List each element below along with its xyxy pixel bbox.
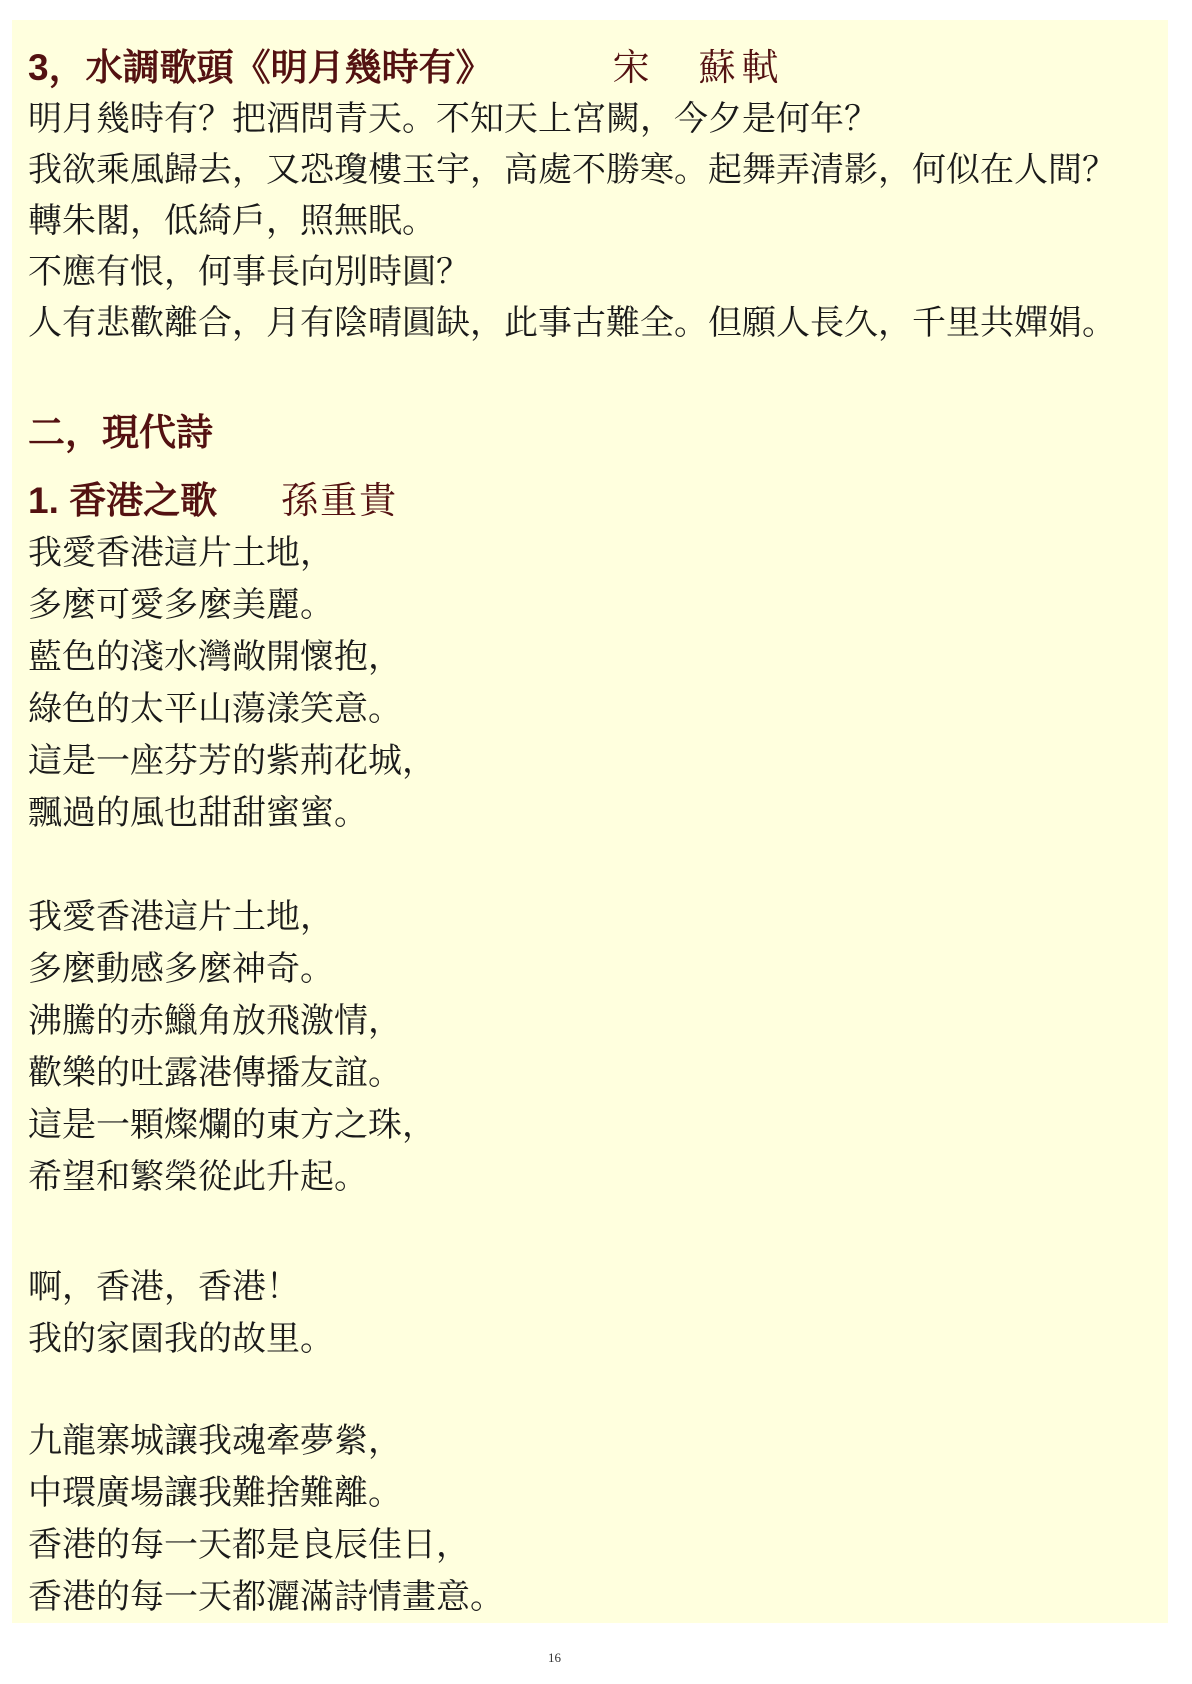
- poem-line: 中環廣場讓我難捨難離。: [28, 1467, 1150, 1519]
- poem-line: 我的家園我的故里。: [28, 1313, 1150, 1365]
- poem-line: 明月幾時有？把酒問青天。不知天上宮闕，今夕是何年？: [28, 94, 1150, 145]
- modern-poem-author: 孫重貴: [281, 480, 398, 521]
- modern-section-heading: 二，現代詩: [28, 407, 1150, 459]
- modern-poem-title: 1. 香港之歌: [28, 480, 217, 521]
- poem-stanza: 我愛香港這片土地， 多麼可愛多麼美麗。 藍色的淺水灣敞開懷抱， 綠色的太平山蕩漾…: [28, 527, 1150, 839]
- poem-line: 希望和繁榮從此升起。: [28, 1151, 1150, 1203]
- poem-line: 我愛香港這片土地，: [28, 891, 1150, 943]
- poem-stanza: 啊，香港，香港！ 我的家園我的故里。: [28, 1261, 1150, 1365]
- poem-line: 飄過的風也甜甜蜜蜜。: [28, 787, 1150, 839]
- poem-line: 九龍寨城讓我魂牽夢縈，: [28, 1415, 1150, 1467]
- poem-line: 沸騰的赤鱲角放飛激情，: [28, 995, 1150, 1047]
- poem-line: 歡樂的吐露港傳播友誼。: [28, 1047, 1150, 1099]
- classical-heading-row: 3，水調歌頭《明月幾時有》宋 蘇軾: [28, 42, 1150, 94]
- classical-poem-body: 明月幾時有？把酒問青天。不知天上宮闕，今夕是何年？ 我欲乘風歸去，又恐瓊樓玉宇，…: [28, 94, 1150, 349]
- poem-line: 多麼動感多麼神奇。: [28, 943, 1150, 995]
- poem-line: 香港的每一天都灑滿詩情畫意。: [28, 1571, 1150, 1623]
- poem-line: 多麼可愛多麼美麗。: [28, 579, 1150, 631]
- poem-line: 綠色的太平山蕩漾笑意。: [28, 683, 1150, 735]
- poem-line: 這是一顆燦爛的東方之珠，: [28, 1099, 1150, 1151]
- poem-stanza: 我愛香港這片土地， 多麼動感多麼神奇。 沸騰的赤鱲角放飛激情， 歡樂的吐露港傳播…: [28, 891, 1150, 1203]
- page-number: 16: [548, 1650, 561, 1666]
- poem-line: 啊，香港，香港！: [28, 1261, 1150, 1313]
- content-panel: 3，水調歌頭《明月幾時有》宋 蘇軾 明月幾時有？把酒問青天。不知天上宮闕，今夕是…: [12, 20, 1168, 1623]
- poem-line: 我欲乘風歸去，又恐瓊樓玉宇，高處不勝寒。起舞弄清影，何似在人間？: [28, 145, 1150, 196]
- poem-line: 轉朱閣，低綺戶，照無眠。: [28, 196, 1150, 247]
- document-page: 3，水調歌頭《明月幾時有》宋 蘇軾 明月幾時有？把酒問青天。不知天上宮闕，今夕是…: [0, 0, 1192, 1684]
- modern-poem-heading-row: 1. 香港之歌孫重貴: [28, 475, 1150, 527]
- poem-line: 不應有恨，何事長向別時圓？: [28, 247, 1150, 298]
- classical-poem-author: 宋 蘇軾: [613, 47, 785, 88]
- poem-line: 我愛香港這片土地，: [28, 527, 1150, 579]
- poem-line: 人有悲歡離合，月有陰晴圓缺，此事古難全。但願人長久，千里共嬋娟。: [28, 298, 1150, 349]
- poem-stanza: 九龍寨城讓我魂牽夢縈， 中環廣場讓我難捨難離。 香港的每一天都是良辰佳日， 香港…: [28, 1415, 1150, 1623]
- poem-line: 香港的每一天都是良辰佳日，: [28, 1519, 1150, 1571]
- poem-line: 這是一座芬芳的紫荊花城，: [28, 735, 1150, 787]
- poem-line: 藍色的淺水灣敞開懷抱，: [28, 631, 1150, 683]
- classical-poem-title: 3，水調歌頭《明月幾時有》: [28, 47, 493, 88]
